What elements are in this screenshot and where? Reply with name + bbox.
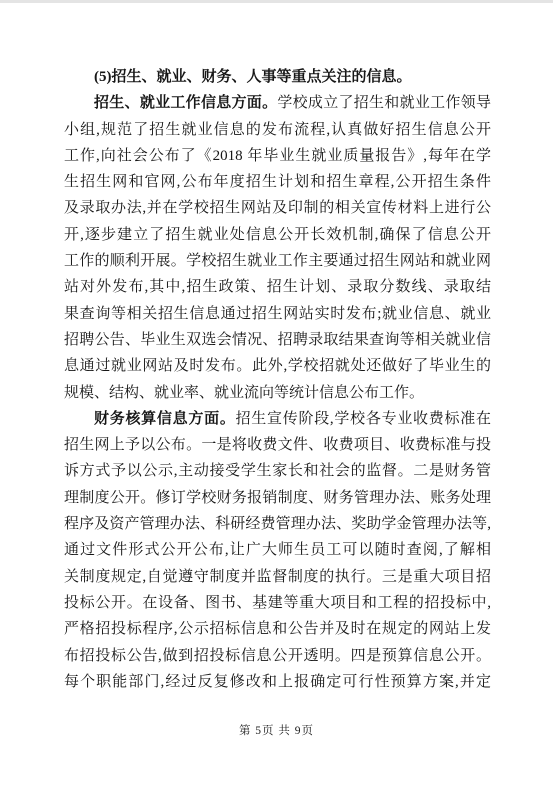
text-line: 关制度规定,自觉遵守制度并监督制度的执行。三是重大项目招 — [64, 564, 491, 590]
text-block: (5)招生、就业、财务、人事等重点关注的信息。 招生、就业工作信息方面。学校成立… — [64, 64, 491, 695]
text-line: 开,逐步建立了招生就业处信息公开长效机制,确保了信息公开 — [64, 222, 491, 248]
bold-lead: 招生、就业工作信息方面。 — [94, 95, 277, 111]
text-line: 招生网上予以公布。一是将收费文件、收费项目、收费标准与投 — [64, 432, 491, 458]
text-line: 诉方式予以公示,主动接受学生家长和社会的监督。二是财务管 — [64, 458, 491, 484]
text-line: 果查询等相关招生信息通过招生网站实时发布;就业信息、就业 — [64, 301, 491, 327]
text-line: 站对外发布,其中,招生政策、招生计划、录取分数线、录取结 — [64, 274, 491, 300]
text-line: 小组,规范了招生就业信息的发布流程,认真做好招生信息公开 — [64, 117, 491, 143]
text-line: 投标公开。在设备、图书、基建等重大项目和工程的招投标中, — [64, 590, 491, 616]
section-heading: (5)招生、就业、财务、人事等重点关注的信息。 — [64, 64, 491, 90]
document-page: (5)招生、就业、财务、人事等重点关注的信息。 招生、就业工作信息方面。学校成立… — [0, 0, 553, 785]
text-line: 生招生网和官网,公布年度招生计划和招生章程,公开招生条件 — [64, 169, 491, 195]
text-line: 工作,向社会公布了《2018 年毕业生就业质量报告》,每年在学 — [64, 143, 491, 169]
text-line: 财务核算信息方面。招生宣传阶段,学校各专业收费标准在 — [64, 406, 491, 432]
text-line: 布招投标公告,做到招投标信息公开透明。四是预算信息公开。 — [64, 643, 491, 669]
text-line: 招聘公告、毕业生双选会情况、招聘录取结果查询等相关就业信 — [64, 327, 491, 353]
text-line: 及录取办法,并在学校招生网站及印制的相关宣传材料上进行公 — [64, 195, 491, 221]
text-line: 工作的顺利开展。学校招生就业工作主要通过招生网站和就业网 — [64, 248, 491, 274]
page-top-edge — [0, 0, 553, 3]
page-number: 第 5页 共 9页 — [0, 722, 553, 738]
text-line: 招生、就业工作信息方面。学校成立了招生和就业工作领导 — [64, 90, 491, 116]
text-line: 程序及资产管理办法、科研经费管理办法、奖助学金管理办法等, — [64, 511, 491, 537]
text-line: 理制度公开。修订学校财务报销制度、财务管理办法、账务处理 — [64, 485, 491, 511]
text-line: 规模、结构、就业率、就业流向等统计信息公布工作。 — [64, 380, 491, 406]
bold-lead: 财务核算信息方面。 — [94, 411, 236, 427]
text-line: 每个职能部门,经过反复修改和上报确定可行性预算方案,并定 — [64, 669, 491, 695]
text-line: 严格招投标程序,公示招标信息和公告并及时在规定的网站上发 — [64, 616, 491, 642]
text-line: 通过文件形式公开公布,让广大师生员工可以随时查阅,了解相 — [64, 537, 491, 563]
text-line: 息通过就业网站及时发布。此外,学校招就处还做好了毕业生的 — [64, 353, 491, 379]
